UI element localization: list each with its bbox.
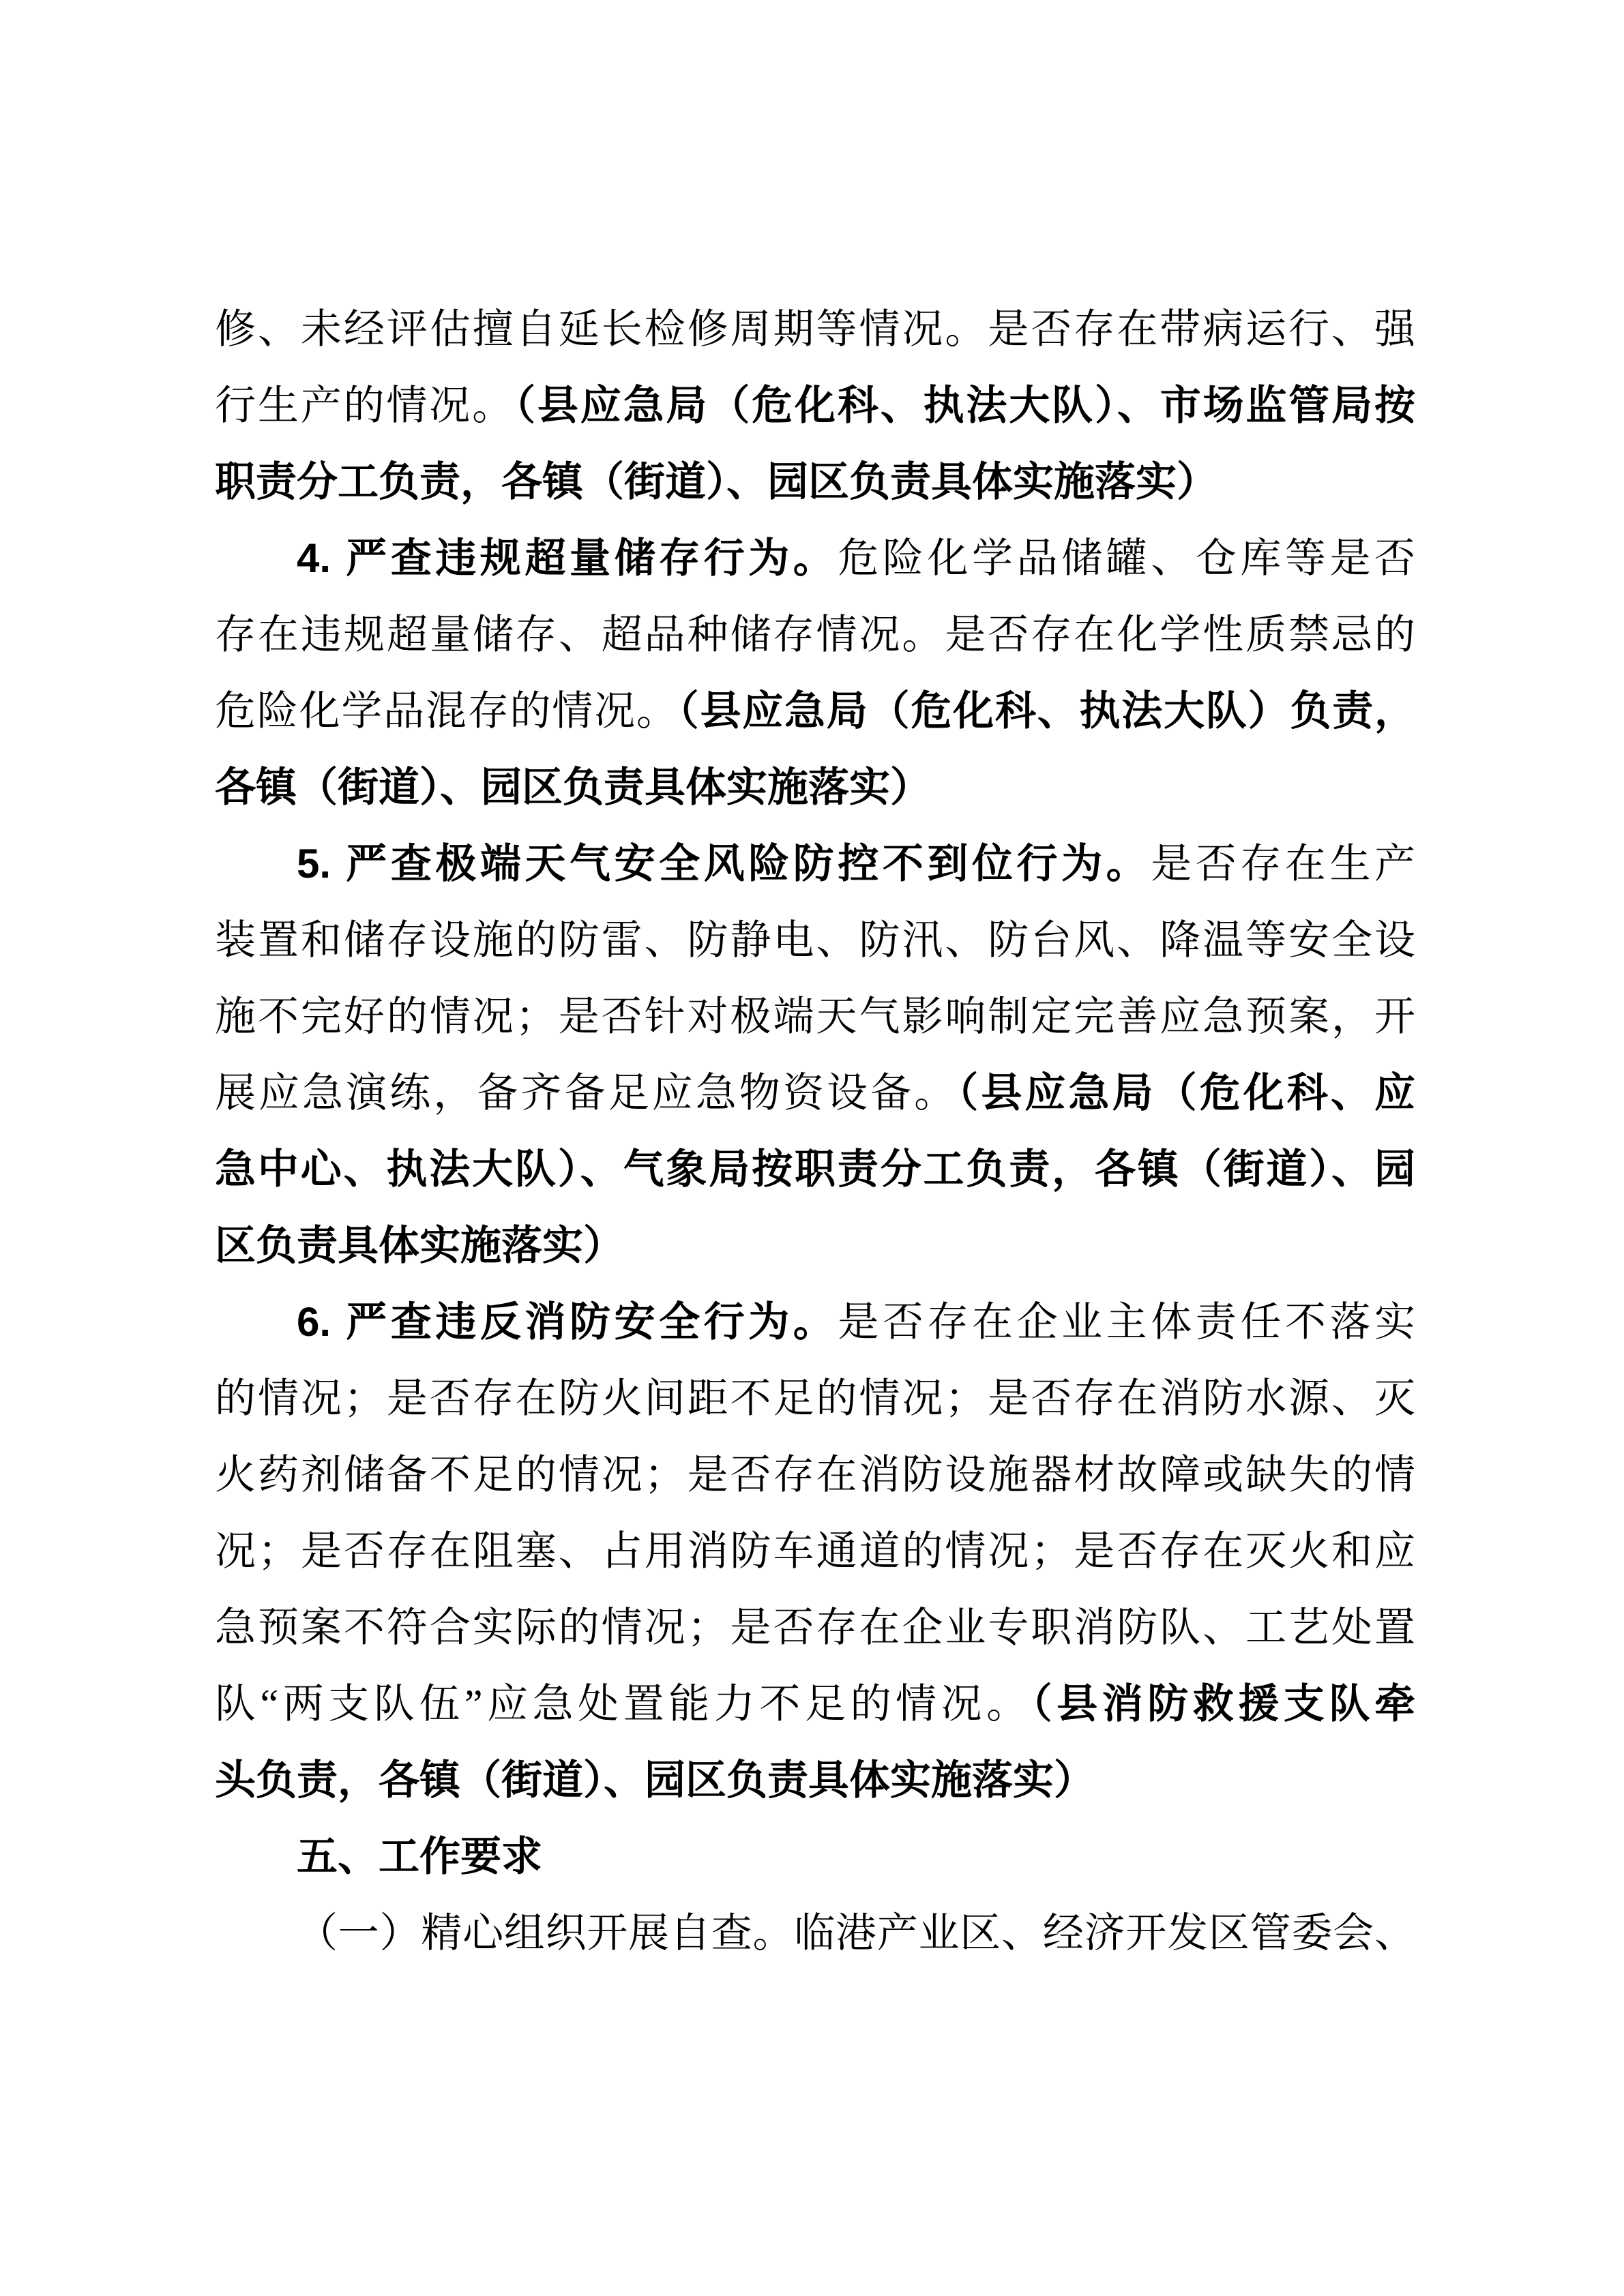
text-segment-bold: （县应急局（危化科、应 — [958, 1070, 1415, 1116]
text-segment-normal: 存在违规超量储存、超品种储存情况。是否存在化学性质禁忌的 — [215, 612, 1415, 657]
text-line: 行生产的情况。（县应急局（危化科、执法大队）、市场监管局按 — [215, 368, 1415, 444]
text-segment-normal: 行生产的情况。 — [215, 383, 515, 428]
text-line: 五、工作要求 — [215, 1819, 1415, 1895]
text-line: 头负责，各镇（街道）、园区负责具体实施落实） — [215, 1742, 1415, 1819]
text-segment-bold: 各镇（街道）、园区负责具体实施落实） — [215, 764, 931, 810]
text-segment-normal: 队“两支队伍”应急处置能力不足的情况。 — [215, 1682, 1032, 1727]
text-line: （一）精心组织开展自查。临港产业区、经济开发区管委会、 — [215, 1895, 1415, 1971]
text-line: 急预案不符合实际的情况；是否存在企业专职消防队、工艺处置 — [215, 1590, 1415, 1666]
text-segment-normal: 修、未经评估擅自延长检修周期等情况。是否存在带病运行、强 — [215, 307, 1415, 352]
text-segment-bold: 职责分工负责，各镇（街道）、园区负责具体实施落实） — [215, 459, 1217, 505]
text-segment-normal: 临港产业区、经济开发区管委会、 — [794, 1911, 1415, 1956]
text-segment-bold: 5. 严查极端天气安全风险防控不到位行为。 — [297, 841, 1151, 886]
text-segment-bold: 五、工作要求 — [297, 1834, 542, 1879]
text-segment-bold: （县应急局（危化科、执法大队）、市场监管局按 — [515, 383, 1415, 428]
text-line: 展应急演练，备齐备足应急物资设备。（县应急局（危化科、应 — [215, 1055, 1415, 1131]
text-line: 修、未经评估擅自延长检修周期等情况。是否存在带病运行、强 — [215, 291, 1415, 368]
text-segment-normal: 况；是否存在阻塞、占用消防车通道的情况；是否存在灭火和应 — [215, 1529, 1415, 1574]
text-line: 4. 严查违规超量储存行为。危险化学品储罐、仓库等是否 — [215, 520, 1415, 597]
text-segment-bold: （县应急局（危化科、执法大队）负责， — [679, 688, 1415, 734]
text-line: 各镇（街道）、园区负责具体实施落实） — [215, 749, 1415, 826]
text-line: 的情况；是否存在防火间距不足的情况；是否存在消防水源、灭 — [215, 1360, 1415, 1437]
text-segment-bold: 头负责，各镇（街道）、园区负责具体实施落实） — [215, 1757, 1095, 1803]
text-segment-normal: 急预案不符合实际的情况；是否存在企业专职消防队、工艺处置 — [215, 1605, 1415, 1650]
text-segment-normal: 火药剂储备不足的情况；是否存在消防设施器材故障或缺失的情 — [215, 1452, 1415, 1497]
text-line: 职责分工负责，各镇（街道）、园区负责具体实施落实） — [215, 444, 1415, 520]
text-segment-normal: 危险化学品储罐、仓库等是否 — [838, 536, 1415, 581]
text-segment-bold: 急中心、执法大队）、气象局按职责分工负责，各镇（街道）、园 — [215, 1146, 1415, 1192]
text-line: 急中心、执法大队）、气象局按职责分工负责，各镇（街道）、园 — [215, 1131, 1415, 1208]
text-segment-normal: 展应急演练，备齐备足应急物资设备。 — [215, 1071, 958, 1116]
text-line: 危险化学品混存的情况。（县应急局（危化科、执法大队）负责， — [215, 673, 1415, 749]
text-line: 火药剂储备不足的情况；是否存在消防设施器材故障或缺失的情 — [215, 1437, 1415, 1513]
text-line: 况；是否存在阻塞、占用消防车通道的情况；是否存在灭火和应 — [215, 1513, 1415, 1590]
text-segment-bold: 4. 严查违规超量储存行为。 — [297, 535, 838, 581]
text-segment-normal: 施不完好的情况；是否针对极端天气影响制定完善应急预案，开 — [215, 994, 1415, 1039]
text-segment-bold: 区负责具体实施落实） — [215, 1223, 624, 1268]
text-line: 5. 严查极端天气安全风险防控不到位行为。是否存在生产 — [215, 826, 1415, 902]
text-line: 施不完好的情况；是否针对极端天气影响制定完善应急预案，开 — [215, 979, 1415, 1055]
text-line: 存在违规超量储存、超品种储存情况。是否存在化学性质禁忌的 — [215, 597, 1415, 673]
document-page: 修、未经评估擅自延长检修周期等情况。是否存在带病运行、强行生产的情况。（县应急局… — [0, 0, 1624, 2296]
text-segment-kaiti: （一）精心组织开展自查。 — [297, 1911, 794, 1956]
text-segment-normal: 的情况；是否存在防火间距不足的情况；是否存在消防水源、灭 — [215, 1376, 1415, 1421]
text-segment-bold: 6. 严查违反消防安全行为。 — [297, 1299, 838, 1345]
text-line: 队“两支队伍”应急处置能力不足的情况。（县消防救援支队牵 — [215, 1666, 1415, 1742]
text-segment-bold: （县消防救援支队牵 — [1032, 1681, 1415, 1727]
text-segment-normal: 是否存在生产 — [1151, 841, 1415, 886]
text-line: 装置和储存设施的防雷、防静电、防汛、防台风、降温等安全设 — [215, 902, 1415, 979]
text-line: 区负责具体实施落实） — [215, 1208, 1415, 1284]
text-segment-normal: 危险化学品混存的情况。 — [215, 689, 679, 734]
text-segment-normal: 装置和储存设施的防雷、防静电、防汛、防台风、降温等安全设 — [215, 918, 1415, 963]
document-body: 修、未经评估擅自延长检修周期等情况。是否存在带病运行、强行生产的情况。（县应急局… — [215, 291, 1415, 1971]
text-line: 6. 严查违反消防安全行为。是否存在企业主体责任不落实 — [215, 1284, 1415, 1360]
text-segment-normal: 是否存在企业主体责任不落实 — [838, 1300, 1415, 1345]
